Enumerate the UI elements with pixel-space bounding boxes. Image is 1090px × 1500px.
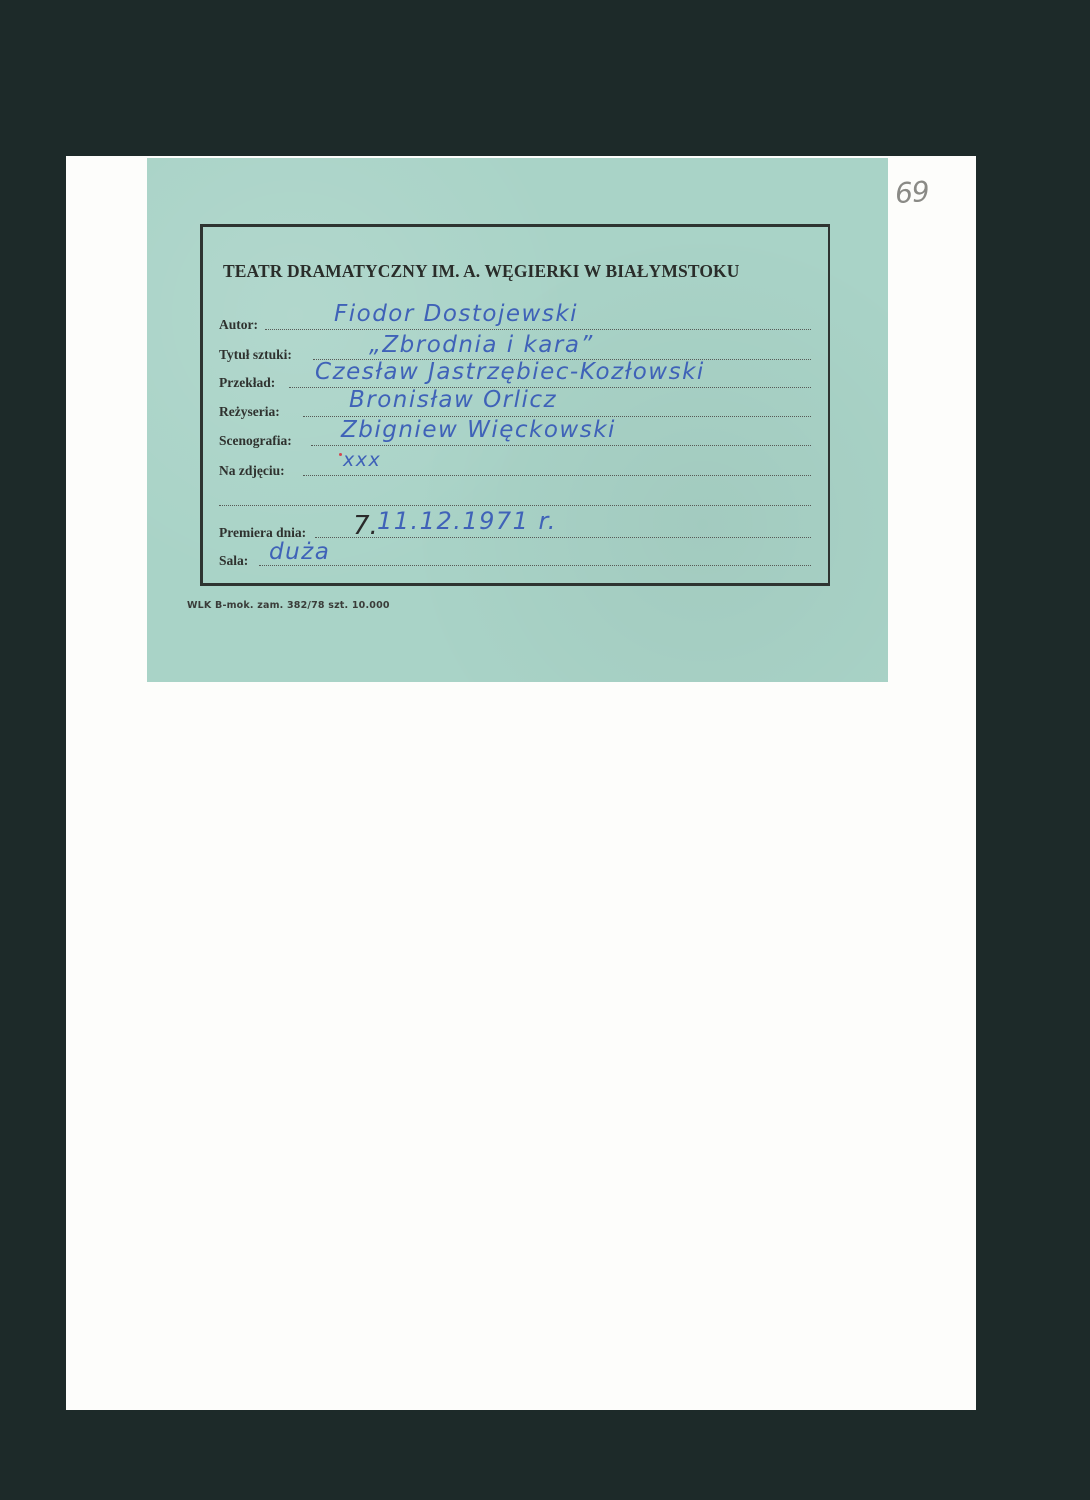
card-title: TEATR DRAMATYCZNY IM. A. WĘGIERKI W BIAŁ… bbox=[223, 261, 823, 282]
field-value-handwritten: 11.12.1971 r. bbox=[377, 507, 557, 535]
page-number: 69 bbox=[894, 175, 930, 210]
red-ink-mark bbox=[339, 453, 342, 456]
field-hall: Sala: duża bbox=[219, 541, 811, 571]
field-label: Tytuł sztuki: bbox=[219, 347, 292, 363]
printer-imprint: WLK B-mok. zam. 382/78 szt. 10.000 bbox=[187, 600, 390, 611]
field-label: Sala: bbox=[219, 553, 248, 569]
field-value-handwritten: Czesław Jastrzębiec-Kozłowski bbox=[315, 359, 705, 385]
dotted-line bbox=[303, 475, 811, 476]
field-value-handwritten: Bronisław Orlicz bbox=[349, 387, 557, 413]
field-in-photo: Na zdjęciu: xxx bbox=[219, 451, 811, 481]
day-correction-handwritten: 7. bbox=[353, 511, 378, 541]
dotted-line bbox=[219, 505, 811, 506]
field-label: Scenografia: bbox=[219, 433, 292, 449]
field-value-handwritten: xxx bbox=[343, 449, 381, 471]
field-label: Reżyseria: bbox=[219, 404, 280, 420]
dotted-line bbox=[259, 565, 811, 566]
card-frame: TEATR DRAMATYCZNY IM. A. WĘGIERKI W BIAŁ… bbox=[200, 224, 830, 586]
field-value-handwritten: Zbigniew Więckowski bbox=[341, 417, 616, 443]
field-scenography: Scenografia: Zbigniew Więckowski bbox=[219, 421, 811, 451]
theatre-index-card: TEATR DRAMATYCZNY IM. A. WĘGIERKI W BIAŁ… bbox=[147, 158, 888, 682]
dotted-line bbox=[311, 445, 811, 446]
dotted-line bbox=[265, 329, 811, 330]
field-value-handwritten: Fiodor Dostojewski bbox=[334, 301, 578, 327]
field-label: Przekład: bbox=[219, 375, 275, 391]
dotted-line bbox=[315, 537, 811, 538]
field-author: Autor: Fiodor Dostojewski bbox=[219, 305, 811, 335]
field-value-handwritten: duża bbox=[269, 539, 330, 565]
field-value-handwritten: „Zbrodnia i kara” bbox=[369, 332, 594, 358]
field-label: Autor: bbox=[219, 317, 258, 333]
field-label: Na zdjęciu: bbox=[219, 463, 285, 479]
